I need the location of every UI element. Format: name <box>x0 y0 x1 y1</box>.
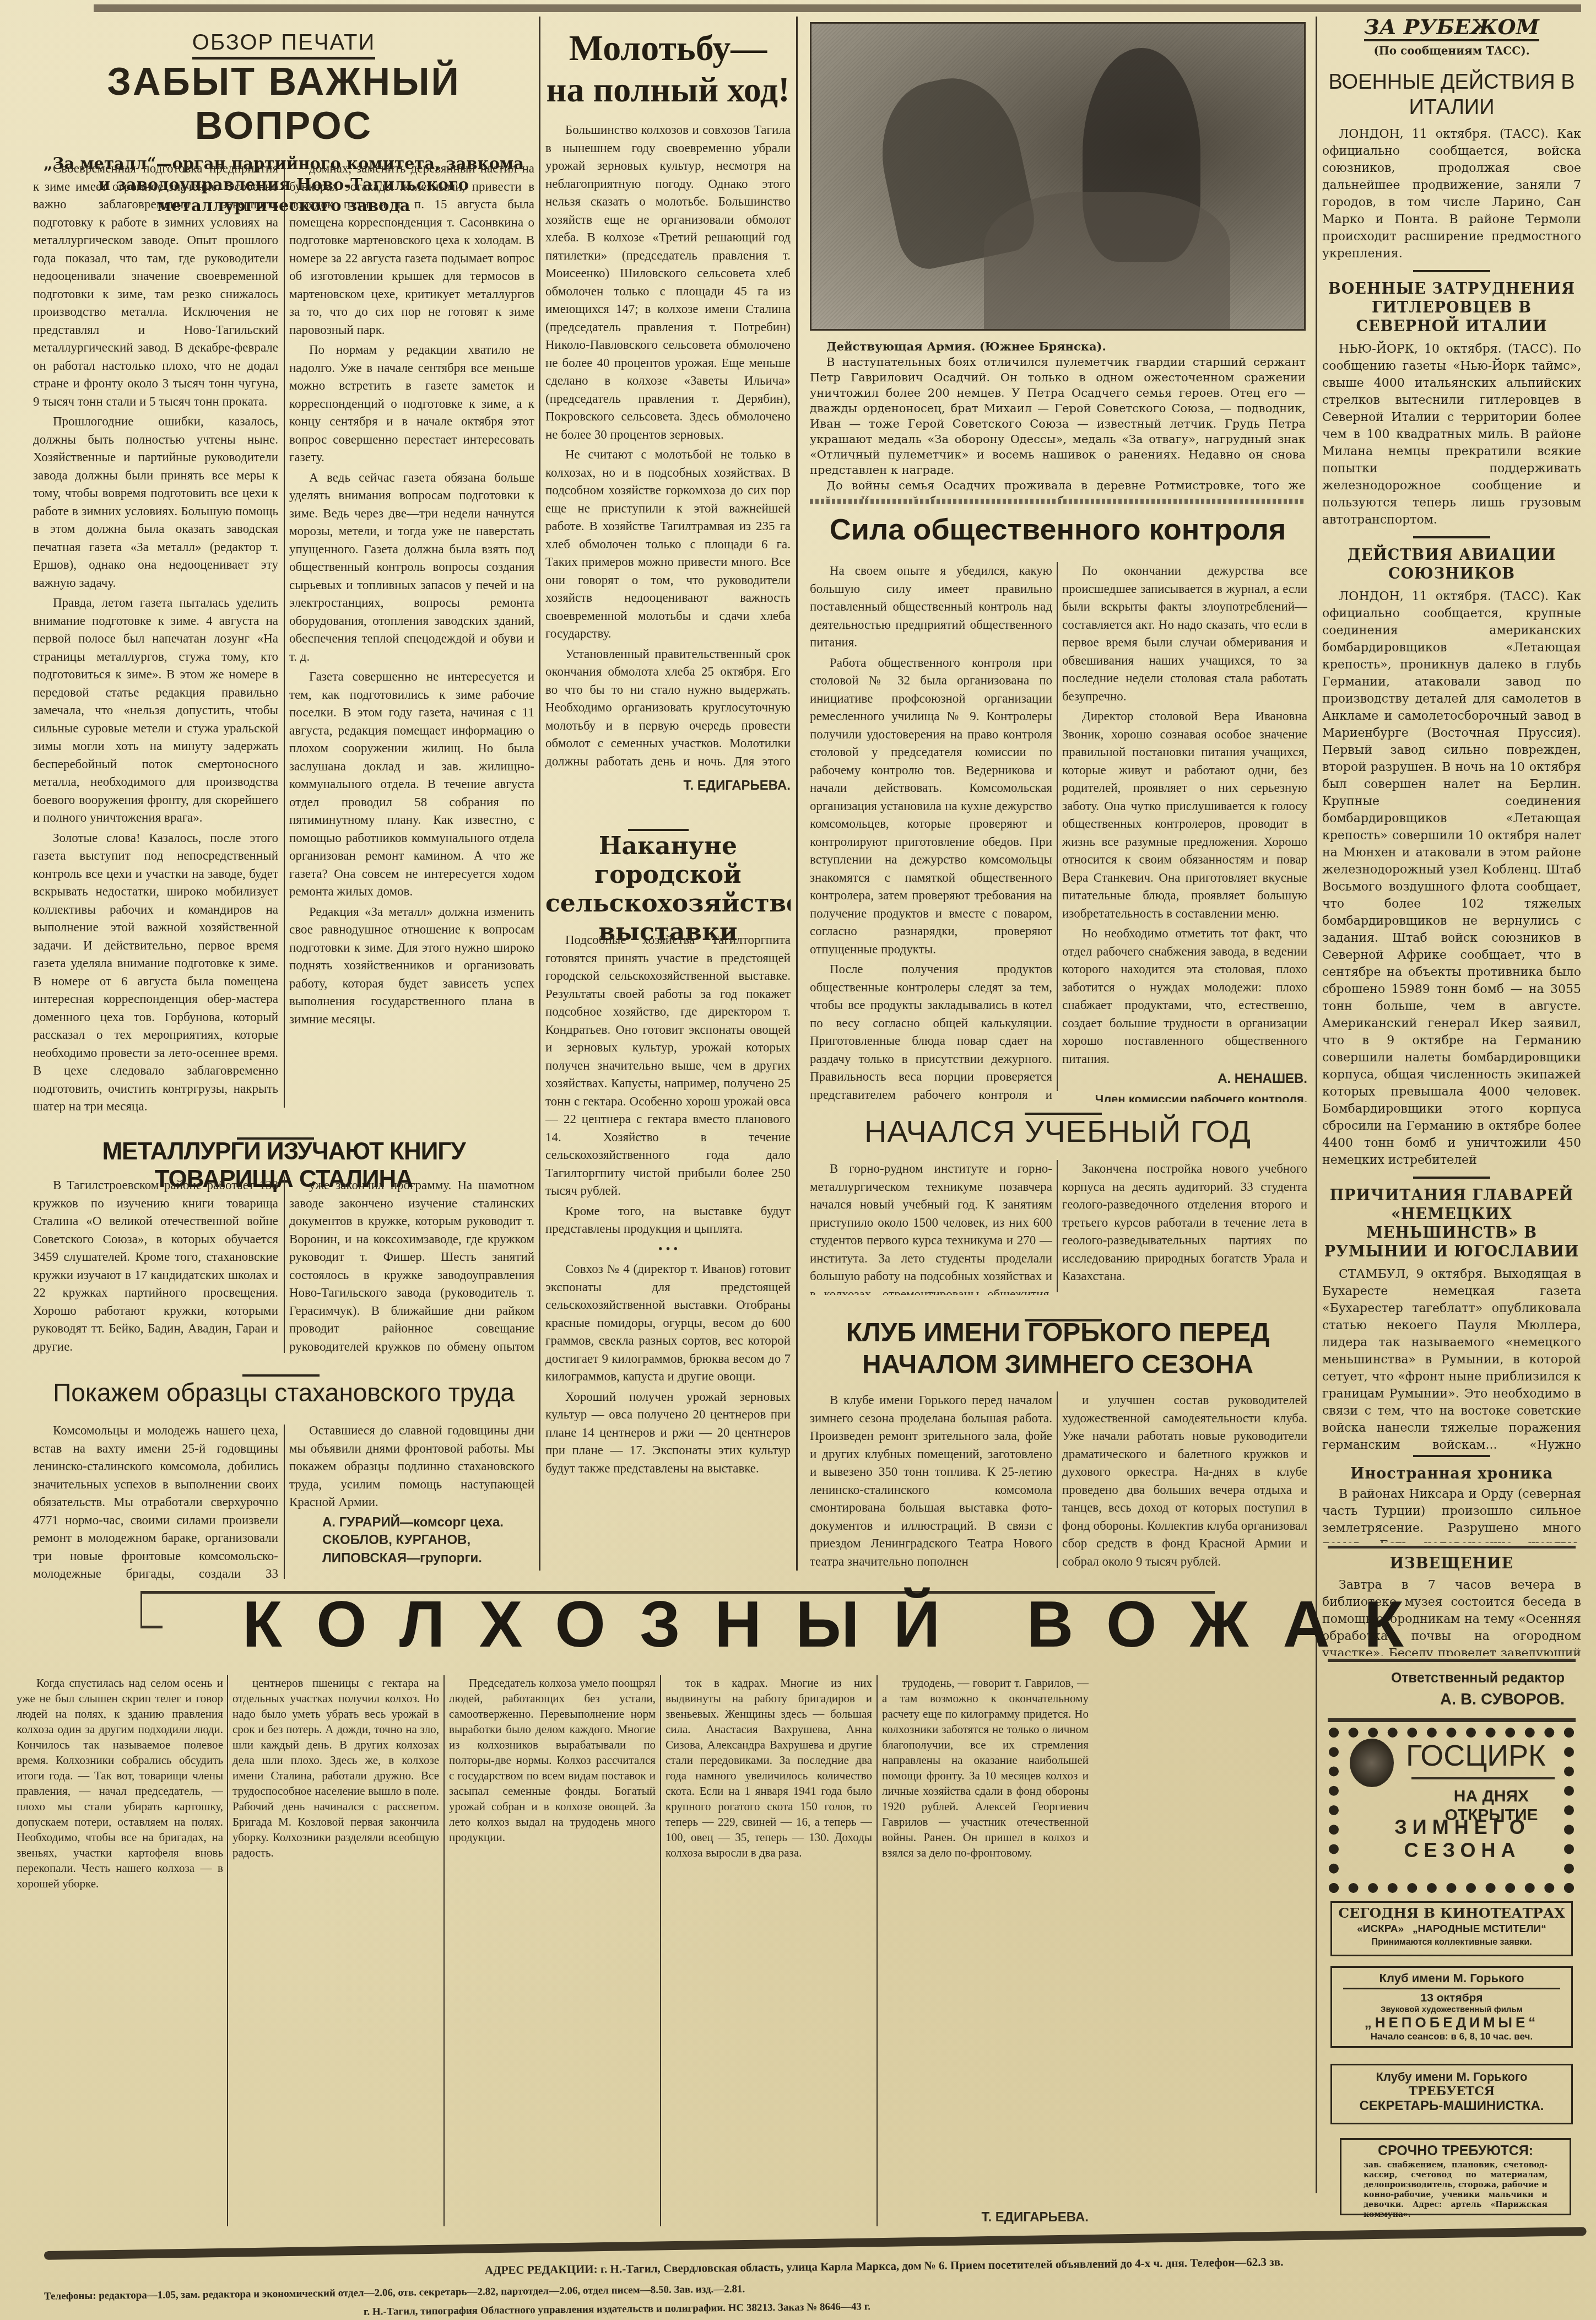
circus-emblem-icon <box>1350 1739 1394 1787</box>
banner-rule <box>140 1626 163 1628</box>
inner-divider <box>284 1425 285 1579</box>
soldier-photo <box>810 22 1306 331</box>
paragraph: Своевременная подготовка предприятия к з… <box>33 160 278 411</box>
kolkhoz-col-3: Председатель колхоза умело поощрял людей… <box>449 1675 656 2232</box>
separator <box>1413 270 1490 272</box>
paragraph: Закончена постройка нового учебного корп… <box>1062 1160 1307 1286</box>
club-film: „НЕПОБЕДИМЫЕ“ <box>1332 2014 1571 2031</box>
wavy-separator <box>810 499 1306 504</box>
press-review-title: ЗАБЫТ ВАЖНЫЙ ВОПРОС <box>33 60 534 148</box>
paragraph: Подсобные хозяйства Тагилторгпита готовя… <box>545 931 791 1200</box>
photo-caption: Действующая Армия. (Южнее Брянска). В на… <box>810 339 1306 499</box>
article-title: Иностранная хроника <box>1322 1465 1581 1483</box>
caption-paragraph: До войны семья Осадчих проживала в дерев… <box>810 478 1306 499</box>
paragraph: Комсомольцы и молодежь нашего цеха, вста… <box>33 1422 278 1582</box>
circus-ad[interactable]: ГОСЦИРК НА ДНЯХ ОТКРЫТИЕ ЗИМНЕГО СЕЗОНА <box>1329 1728 1574 1893</box>
foreign-chronicle: Иностранная хроника В районах Никсара и … <box>1322 1455 1581 1543</box>
column-divider <box>539 17 540 1571</box>
paragraph: Совхоз № 4 (директор т. Иванов) готовит … <box>545 1260 791 1386</box>
cinema-note: Принимаются коллективные заявки. <box>1332 1938 1571 1947</box>
separator <box>1413 536 1490 538</box>
paragraph: Газета совершенно не интересуется и тем,… <box>289 668 534 901</box>
paragraph: уже закончил программу. На шамотном заво… <box>289 1177 534 1358</box>
exhibition-article: Накануне городской сельскохозяйственной … <box>545 832 791 1571</box>
rule <box>1411 1777 1555 1779</box>
inner-divider <box>1057 1391 1058 1568</box>
press-review-article: ОБЗОР ПЕЧАТИ ЗАБЫТ ВАЖНЫЙ ВОПРОС „За мет… <box>33 17 534 1113</box>
cinema-venue: «ИСКРА» <box>1357 1923 1404 1935</box>
exhibition-title: Накануне городской сельскохозяйственной … <box>545 832 791 947</box>
stakhanov-article: Покажем образцы стахановского труда Комс… <box>33 1378 534 1582</box>
paragraph: На своем опыте я убедился, какую большую… <box>810 562 1052 652</box>
school-year-article: НАЧАЛСЯ УЧЕБНЫЙ ГОД В горно-рудном инсти… <box>804 1113 1311 1295</box>
signature: Т. ЕДИГАРЬЕВА. <box>982 2210 1089 2225</box>
job-line1: Клубу имени М. Горького <box>1332 2070 1571 2084</box>
paragraph: Директор столовой Вера Ивановна Звоник, … <box>1062 708 1307 922</box>
separator <box>1413 1177 1490 1179</box>
threshing-article: Молотьбу— на полный ход! Большинство кол… <box>545 17 791 799</box>
paragraph: Когда спустилась над селом осень и уже н… <box>17 1675 223 1891</box>
stakhanov-col-1: Комсомольцы и молодежь нашего цеха, вста… <box>33 1422 278 1582</box>
kolkhoz-col-4: ток в кадрах. Многие из них выдвинуты на… <box>666 1675 872 2232</box>
paragraph: А ведь сейчас газета обязана больше удел… <box>289 469 534 666</box>
separator <box>242 1374 320 1377</box>
gorky-club-article: КЛУБ ИМЕНИ ГОРЬКОГО ПЕРЕД НАЧАЛОМ ЗИМНЕГ… <box>804 1317 1311 1571</box>
job-ad[interactable]: Клубу имени М. Горького ТРЕБУЕТСЯ СЕКРЕТ… <box>1330 2064 1573 2124</box>
circus-name: ГОСЦИРК <box>1406 1739 1545 1773</box>
kolkhoz-col-2: центнеров пшеницы с гектара на отдельных… <box>232 1675 439 2232</box>
gorky-club-col-2: и улучшен состав руководителей художеств… <box>1062 1391 1307 1571</box>
paragraph: Большинство колхозов и совхозов Тагила в… <box>545 121 791 444</box>
cinema-header: СЕГОДНЯ В КИНОТЕАТРАХ <box>1332 1905 1571 1921</box>
inner-divider <box>443 1675 445 2226</box>
separator <box>1413 1455 1490 1457</box>
club-desc: Звуковой художественный фильм <box>1332 2005 1571 2014</box>
column-divider <box>1316 17 1317 2193</box>
photo-figure <box>984 192 1230 329</box>
paragraph: В районах Никсара и Орду (северная часть… <box>1322 1486 1581 1543</box>
paragraph: По нормам у редакции хватило не надолго.… <box>289 341 534 467</box>
column-divider <box>796 17 798 1571</box>
paragraph: и улучшен состав руководителей художеств… <box>1062 1391 1307 1571</box>
exhibition-body: Подсобные хозяйства Тагилторгпита готовя… <box>545 931 791 1565</box>
stalin-book-article: МЕТАЛЛУРГИ ИЗУЧАЮТ КНИГУ ТОВАРИЩА СТАЛИН… <box>33 1138 534 1358</box>
urgent-title: СРОЧНО ТРЕБУЮТСЯ: <box>1341 2143 1570 2159</box>
double-rule <box>1328 1546 1576 1549</box>
urgent-hiring-ad[interactable]: СРОЧНО ТРЕБУЮТСЯ: зав. снабжением, плано… <box>1340 2138 1571 2215</box>
paragraph: По окончании дежурства все происшедшее з… <box>1062 562 1307 705</box>
signature-role: Член комиссии рабочего контроля. <box>1062 1091 1307 1103</box>
threshing-title-line2: на полный ход! <box>545 69 791 110</box>
section-kicker: ОБЗОР ПЕЧАТИ <box>33 30 534 55</box>
school-year-col-2: Закончена постройка нового учебного корп… <box>1062 1160 1307 1295</box>
job-line2: ТРЕБУЕТСЯ <box>1332 2084 1571 2098</box>
public-control-col-1: На своем опыте я убедился, какую большую… <box>810 562 1052 1102</box>
paragraph: В Тагилстроевском районе работает 138 кр… <box>33 1177 278 1356</box>
paragraph: После получения продуктов общественные к… <box>810 961 1052 1102</box>
paragraph: В горно-рудном институте и горно-металлу… <box>810 1160 1052 1295</box>
signature: А. НЕНАШЕВ. <box>1062 1070 1307 1088</box>
caption-text: Действующая Армия. (Южнее Брянска). В на… <box>810 339 1306 499</box>
club-date: 13 октября <box>1332 1992 1571 2005</box>
kolkhoz-article: Когда спустилась над селом осень и уже н… <box>17 1675 1311 2232</box>
paragraph: Прошлогодние ошибки, казалось, должны бы… <box>33 413 278 592</box>
club-header: Клуб имени М. Горького <box>1343 1971 1560 1989</box>
public-control-col-2: По окончании дежурства все происшедшее з… <box>1062 562 1307 1102</box>
press-review-kicker: ОБЗОР ПЕЧАТИ <box>192 30 375 60</box>
paragraph: Установленный правительственный срок око… <box>545 645 791 772</box>
paragraph: В клубе имени Горького перед началом зим… <box>810 1391 1052 1571</box>
tass-article: ЛОНДОН, 11 октября. (ТАСС). Как официаль… <box>1322 126 1581 1455</box>
inner-divider <box>877 1675 878 2226</box>
circus-line2: ЗИМНЕГО СЕЗОНА <box>1351 1816 1574 1862</box>
divider-dots: • • • <box>545 1240 791 1259</box>
threshing-title-line1: Молотьбу— <box>545 28 791 69</box>
inner-divider <box>1057 1160 1058 1292</box>
abroad-source: (По сообщениям ТАСС). <box>1322 42 1581 60</box>
stalin-book-col-2: уже закончил программу. На шамотном заво… <box>289 1177 534 1358</box>
club-times: Начало сеансов: в 6, 8, 10 час. веч. <box>1332 2031 1571 2042</box>
caption-lead: Действующая Армия. (Южнее Брянска). <box>810 339 1306 354</box>
editor-label: Ответственный редактор <box>1322 1670 1565 1686</box>
abroad-section: ЗА РУБЕЖОМ (По сообщениям ТАСС). ВОЕННЫЕ… <box>1322 11 1581 1455</box>
banner-rule <box>140 1593 142 1626</box>
paragraph: Редакция «За металл» должна изменить сво… <box>289 903 534 1029</box>
paragraph: Председатель колхоза умело поощрял людей… <box>449 1675 656 1845</box>
kolkhoz-col-5: трудодень, — говорит т. Гаврилов, — а та… <box>882 1675 1089 2232</box>
gorky-club-title: КЛУБ ИМЕНИ ГОРЬКОГО ПЕРЕД НАЧАЛОМ ЗИМНЕГ… <box>804 1317 1311 1381</box>
school-year-col-1: В горно-рудном институте и горно-металлу… <box>810 1160 1052 1295</box>
paragraph: ток в кадрах. Многие из них выдвинуты на… <box>666 1675 872 1860</box>
paragraph: домнах, заменить деревянный настил на бу… <box>289 160 534 339</box>
article-title: ПРИЧИТАНИЯ ГЛАВАРЕЙ «НЕМЕЦКИХ МЕНЬШИНСТВ… <box>1322 1186 1581 1261</box>
paragraph: Но необходимо отметить тот факт, что отд… <box>1062 925 1307 1068</box>
abroad-kicker-text: ЗА РУБЕЖОМ <box>1364 14 1539 41</box>
cinema-film: „НАРОДНЫЕ МСТИТЕЛИ“ <box>1413 1923 1546 1935</box>
press-review-col-2: домнах, заменить деревянный настил на бу… <box>289 160 534 1113</box>
article-title: ДЕЙСТВИЯ АВИАЦИИ СОЮЗНИКОВ <box>1322 546 1581 584</box>
caption-paragraph: В наступательных боях отличился пулеметч… <box>810 354 1306 478</box>
signature: Т. ЕДИГАРЬЕВА. <box>545 777 791 795</box>
paragraph: трудодень, — говорит т. Гаврилов, — а та… <box>882 1675 1089 1860</box>
kolkhoz-col-1: Когда спустилась над селом осень и уже н… <box>17 1675 223 2232</box>
gorky-club-col-1: В клубе имени Горького перед началом зим… <box>810 1391 1052 1571</box>
public-control-article: Сила общественного контроля На своем опы… <box>804 507 1311 1102</box>
public-control-title: Сила общественного контроля <box>804 512 1311 547</box>
paragraph: Не считают с молотьбой не только в колхо… <box>545 446 791 643</box>
club-film-ad[interactable]: Клуб имени М. Горького 13 октября Звуков… <box>1330 1966 1573 2048</box>
inner-divider <box>227 1675 228 2226</box>
editor-name: А. В. СУВОРОВ. <box>1322 1691 1565 1709</box>
paragraph: Золотые слова! Казалось, после этого газ… <box>33 829 278 1114</box>
stalin-book-col-1: В Тагилстроевском районе работает 138 кр… <box>33 1177 278 1358</box>
school-year-title: НАЧАЛСЯ УЧЕБНЫЙ ГОД <box>804 1113 1311 1149</box>
press-review-col-1: Своевременная подготовка предприятия к з… <box>33 160 278 1113</box>
urgent-body: зав. снабжением, плановик, счетовод-касс… <box>1341 2159 1570 2220</box>
signature: А. ГУРАРИЙ—комсорг цеха. СКОБЛОВ, КУРГАН… <box>322 1514 534 1568</box>
paragraph: Работа общественного контроля при столов… <box>810 654 1052 959</box>
kolkhoz-banner-title: КОЛХОЗНЫЙ ВОЖАК <box>242 1587 1438 1662</box>
double-rule <box>1328 1718 1576 1722</box>
stakhanov-col-2: Оставшиеся до славной годовщины дни мы о… <box>289 1422 534 1582</box>
abroad-kicker: ЗА РУБЕЖОМ <box>1322 14 1581 39</box>
inner-divider <box>284 160 285 1108</box>
paragraph: Правда, летом газета пыталась уделить вн… <box>33 594 278 827</box>
separator <box>628 829 689 831</box>
editor-credit: Ответственный редактор А. В. СУВОРОВ. <box>1322 1667 1581 1717</box>
paragraph: центнеров пшеницы с гектара на отдельных… <box>232 1675 439 1860</box>
paragraph: Кроме того, на выставке будут представле… <box>545 1202 791 1238</box>
paragraph: ЛОНДОН, 11 октября. (ТАСС). Как официаль… <box>1322 126 1581 262</box>
inner-divider <box>660 1675 661 2226</box>
paragraph: Хороший получен урожай зерновых культур … <box>545 1388 791 1478</box>
paragraph: НЬЮ-ЙОРК, 10 октября. (ТАСС). По сообщен… <box>1322 341 1581 528</box>
cinema-line: «ИСКРА» „НАРОДНЫЕ МСТИТЕЛИ“ <box>1332 1923 1571 1935</box>
paragraph: СТАМБУЛ, 9 октября. Выходящая в Бухарест… <box>1322 1266 1581 1455</box>
stakhanov-title: Покажем образцы стахановского труда <box>33 1378 534 1407</box>
signature-row: Т. ЕДИГАРЬЕВА. <box>545 777 791 799</box>
job-line3: СЕКРЕТАРЬ-МАШИНИСТКА. <box>1332 2098 1571 2114</box>
paragraph: Оставшиеся до славной годовщины дни мы о… <box>289 1422 534 1512</box>
inner-divider <box>1057 562 1058 1091</box>
article-title: ВОЕННЫЕ ЗАТРУДНЕНИЯ ГИТЛЕРОВЦЕВ В СЕВЕРН… <box>1322 280 1581 336</box>
cinema-ad[interactable]: СЕГОДНЯ В КИНОТЕАТРАХ «ИСКРА» „НАРОДНЫЕ … <box>1330 1901 1573 1956</box>
inner-divider <box>284 1177 285 1353</box>
threshing-body: Большинство колхозов и совхозов Тагила в… <box>545 121 791 771</box>
abroad-headline: ВОЕННЫЕ ДЕЙСТВИЯ В ИТАЛИИ <box>1322 69 1581 120</box>
paragraph: ЛОНДОН, 11 октября. (ТАСС). Как официаль… <box>1322 588 1581 1169</box>
notice-title: ИЗВЕЩЕНИЕ <box>1322 1555 1581 1573</box>
